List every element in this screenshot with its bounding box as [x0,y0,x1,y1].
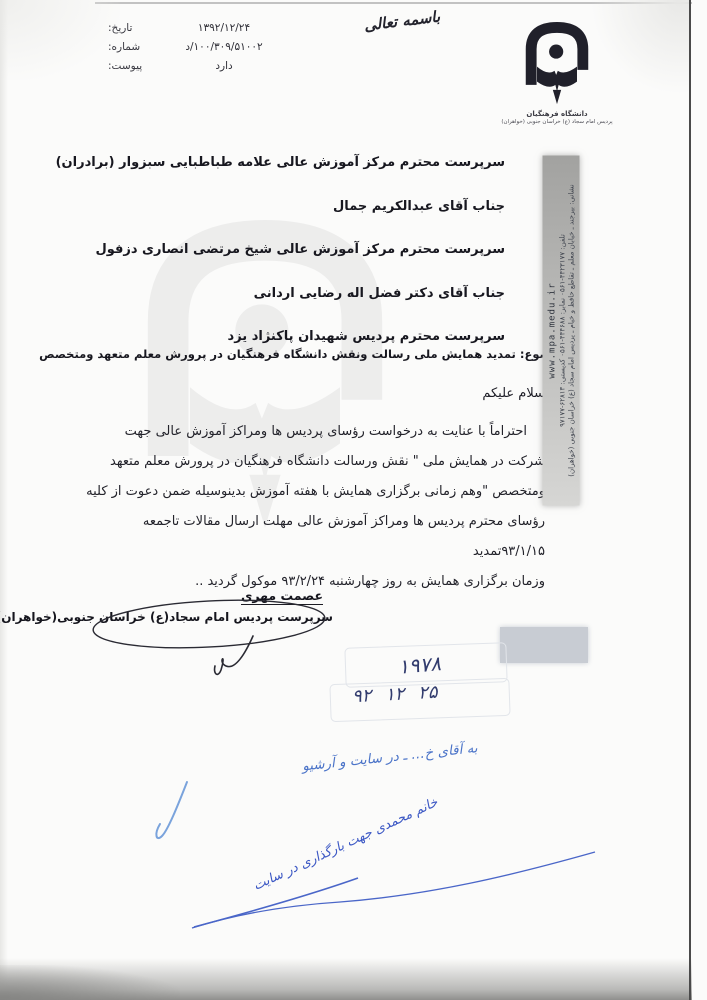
signature-ink [75,578,365,688]
body-line: رؤسای محترم پردیس ها ومراکز آموزش عالی م… [83,507,545,567]
handwriting-flourish-ink [130,730,610,950]
letter-header-fields: تاریخ: ۱۳۹۲/۱۲/۲۴ شماره: ۱۰۰/۳۰۹/۵۱۰۰۲/د… [108,22,288,79]
handwritten-registry-date: ۲۵ ۱۲ ۹۲ [352,682,438,707]
recipient-line: سرپرست محترم مرکز آموزش عالی شیخ مرتضی ا… [56,228,505,272]
body-line: شرکت در همایش ملی " نقش ورسالت دانشگاه ف… [83,447,545,477]
header-row-number: شماره: ۱۰۰/۳۰۹/۵۱۰۰۲/د [108,41,288,53]
scan-right-border-line [689,0,691,1000]
logo-campus-name: پردیس امام سجاد (ع) خراسان جنوبی (خواهرا… [497,119,617,125]
logo-org-name: دانشگاه فرهنگیان [497,110,617,118]
scan-grey-patch [500,627,588,663]
handwritten-registry-number: ۱۹۷۸ [397,651,442,679]
recipient-line: جناب آقای دکتر فضل اله رضایی اردانی [56,272,505,316]
number-value: ۱۰۰/۳۰۹/۵۱۰۰۲/د [160,41,288,53]
attachment-label: پیوست: [108,60,160,72]
date-value: ۱۳۹۲/۱۲/۲۴ [160,22,288,34]
subject-line: موضوع: تمدید همایش ملی رسالت ونقش دانشگا… [39,347,565,361]
farhangian-university-logo-icon [517,18,597,106]
body-line: احتراماً با عنایت به درخواست رؤسای پردیس… [83,417,545,447]
bismillah-calligraphy: باسمه تعالی [351,6,452,36]
recipient-line: جناب آقای عبدالکریم جمال [56,185,505,229]
body-line: ومتخصص "وهم زمانی برگزاری همایش با هفته … [83,477,545,507]
number-label: شماره: [108,41,160,53]
scanned-letter-page: باسمه تعالی تاریخ: ۱۳۹۲/۱۲/۲۴ شماره: ۱۰۰… [0,0,707,1000]
website-url: www.mpa.medu.ir [547,156,557,506]
header-row-attachment: پیوست: دارد [108,60,288,72]
subject-text: تمدید همایش ملی رسالت ونقش دانشگاه فرهنگ… [39,347,516,361]
salutation: سلام علیکم [482,386,545,401]
scan-shadow-left [0,0,8,1000]
recipient-lines: سرپرست محترم مرکز آموزش عالی علامه طباطب… [56,141,505,359]
date-label: تاریخ: [108,22,160,34]
attachment-value: دارد [160,60,288,72]
letter-body: احتراماً با عنایت به درخواست رؤسای پردیس… [83,417,545,597]
university-logo-block: دانشگاه فرهنگیان پردیس امام سجاد (ع) خرا… [497,18,617,125]
scan-shadow-top-left [0,0,120,80]
phone-line: تلفن: ۴۴۲۳۱۷۷-۰۵۶۱ نمابر: ۴۴۴۶۸۸-۰۵۶۱ کد… [558,156,566,506]
address-line: نشانی: بیرجند ـ خیابان معلم ـ تقاطع حافظ… [567,156,575,506]
recipient-line: سرپرست محترم مرکز آموزش عالی علامه طباطب… [56,141,505,185]
contact-info-strip: www.mpa.medu.ir تلفن: ۴۴۲۳۱۷۷-۰۵۶۱ نمابر… [543,156,580,506]
header-row-date: تاریخ: ۱۳۹۲/۱۲/۲۴ [108,22,288,34]
scan-shadow-bottom-corner [0,965,180,1000]
